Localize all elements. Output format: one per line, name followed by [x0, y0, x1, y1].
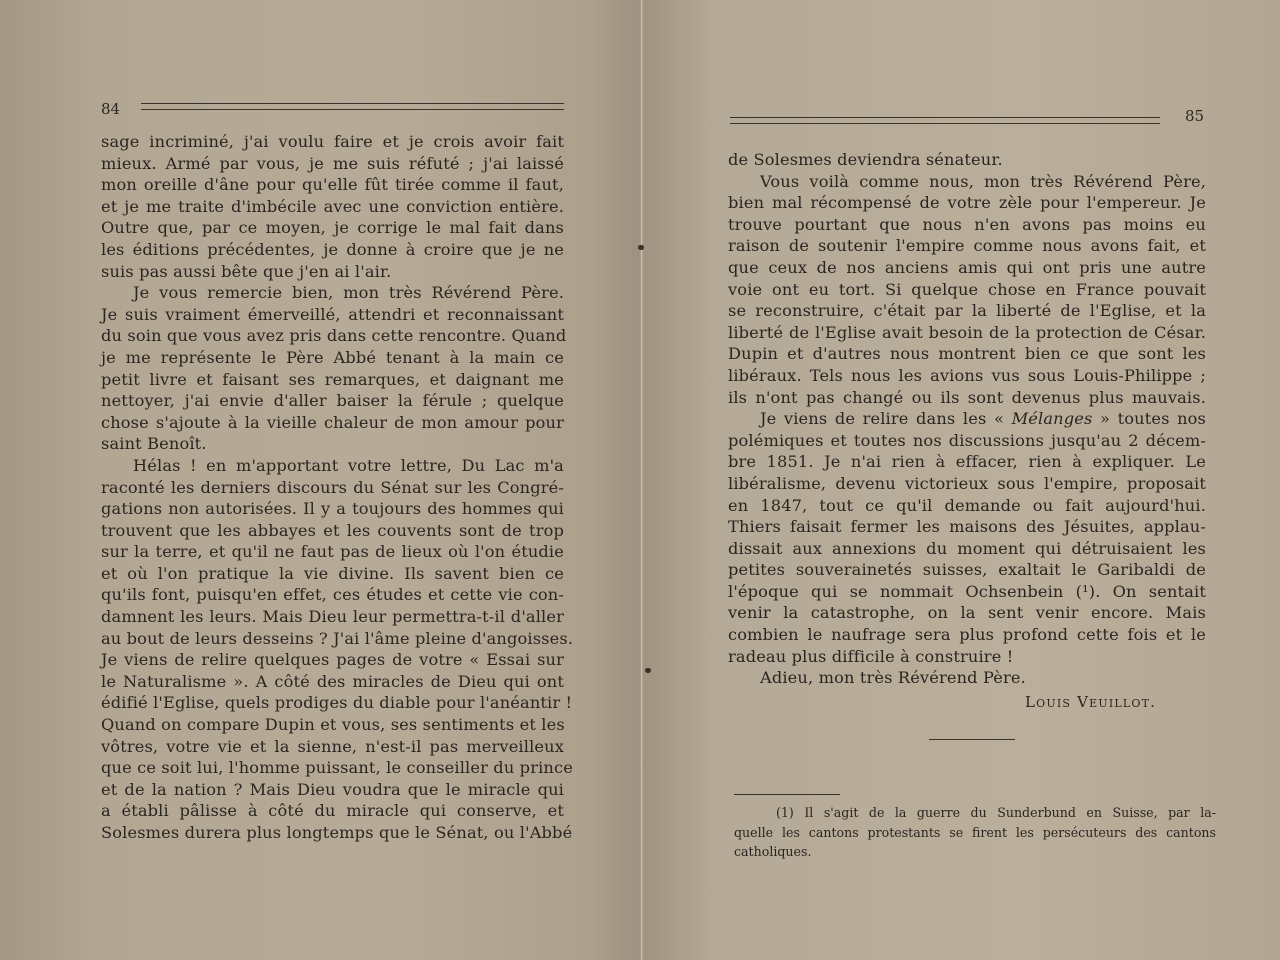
text-line: liberté de l'Eglise avait besoin de la p… — [728, 322, 1206, 344]
text-line: ils n'ont pas changé ou ils sont devenus… — [728, 387, 1206, 409]
text-line: mon oreille d'âne pour qu'elle fût tirée… — [101, 174, 564, 196]
page-number-left: 84 — [101, 100, 120, 118]
book-title-melanges: Mélanges — [1012, 409, 1093, 428]
text-line: Quand on compare Dupin et vous, ses sent… — [101, 714, 564, 736]
paragraph-start: Je vous remercie bien, mon très Révérend… — [101, 282, 564, 304]
text-line: voie ont eu tort. Si quelque chose en Fr… — [728, 279, 1206, 301]
end-separator-rule — [929, 739, 1015, 740]
text-line: et où l'on pratique la vie divine. Ils s… — [101, 563, 564, 585]
page-number-right: 85 — [1185, 107, 1204, 125]
footnote-line: catholiques. — [734, 842, 1216, 862]
paragraph-start: Hélas ! en m'apportant votre lettre, Du … — [101, 455, 564, 477]
text-line: sur la terre, et qu'il ne faut pas de li… — [101, 541, 564, 563]
text-line: Je viens de relire quelques pages de vot… — [101, 649, 564, 671]
text-line: trouvent que les abbayes et les couvents… — [101, 520, 564, 542]
header-rule-right — [730, 117, 1160, 124]
text-line: se reconstruire, c'était par la liberté … — [728, 300, 1206, 322]
text-line: damnent les leurs. Mais Dieu leur permet… — [101, 606, 564, 628]
text-line: libéralisme, devenu victorieux sous l'em… — [728, 473, 1206, 495]
text-line: gations non autorisées. Il y a toujours … — [101, 498, 564, 520]
text-line: les éditions précédentes, je donne à cro… — [101, 239, 564, 261]
text-line: bien mal récompensé de votre zèle pour l… — [728, 192, 1206, 214]
text-line: nettoyer, j'ai envie d'aller baiser la f… — [101, 390, 564, 412]
left-page-body: sage incriminé, j'ai voulu faire et je c… — [101, 131, 564, 844]
text-line: en 1847, tout ce qu'il demande ou fait a… — [728, 495, 1206, 517]
header-rule-left — [141, 103, 564, 110]
text-line: et de la nation ? Mais Dieu voudra que l… — [101, 779, 564, 801]
text-line: raconté les derniers discours du Sénat s… — [101, 477, 564, 499]
paragraph-start: Je viens de relire dans les « Mélanges »… — [728, 408, 1206, 430]
text-line: Thiers faisait fermer les maisons des Jé… — [728, 516, 1206, 538]
text-line: a établi pâlisse à côté du miracle qui c… — [101, 800, 564, 822]
text-line: au bout de leurs desseins ? J'ai l'âme p… — [101, 628, 564, 650]
text-line: petites souverainetés suisses, exaltait … — [728, 559, 1206, 581]
text-line: édifié l'Eglise, quels prodiges du diabl… — [101, 692, 564, 714]
text-line: venir la catastrophe, on la sent venir e… — [728, 602, 1206, 624]
text-line: mieux. Armé par vous, je me suis réfuté … — [101, 153, 564, 175]
right-page: 85 de Solesmes deviendra sénateur. Vous … — [642, 0, 1280, 960]
text-line: dissait aux annexions du moment qui détr… — [728, 538, 1206, 560]
signature: Louis Veuillot. — [1025, 693, 1156, 711]
text-line: du soin que vous avez pris dans cette re… — [101, 325, 564, 347]
text-line: trouve pourtant que nous n'en avons pas … — [728, 214, 1206, 236]
text-line: libéraux. Tels nous les avions vus sous … — [728, 365, 1206, 387]
text-line: vôtres, votre vie et la sienne, n'est-il… — [101, 736, 564, 758]
text-line: Solesmes durera plus longtemps que le Sé… — [101, 822, 564, 844]
text-line: combien le naufrage sera plus profond ce… — [728, 624, 1206, 646]
text-line: que ceux de nos anciens amis qui ont pri… — [728, 257, 1206, 279]
text-line: de Solesmes deviendra sénateur. — [728, 149, 1206, 171]
footnote-rule — [734, 794, 840, 795]
text-line: radeau plus difficile à construire ! — [728, 646, 1206, 668]
open-book-spread: 84 sage incriminé, j'ai voulu faire et j… — [0, 0, 1280, 960]
paragraph-start: Vous voilà comme nous, mon très Révérend… — [728, 171, 1206, 193]
text-line: raison de soutenir l'empire comme nous a… — [728, 235, 1206, 257]
text-line: sage incriminé, j'ai voulu faire et je c… — [101, 131, 564, 153]
text-line: saint Benoît. — [101, 433, 564, 455]
text-line: qu'ils font, puisqu'en effet, ces études… — [101, 584, 564, 606]
footnote: (1) Il s'agit de la guerre du Sunderbund… — [734, 803, 1216, 862]
footnote-reference-line: l'époque qui se nommait Ochsenbein (¹). … — [728, 581, 1206, 603]
closing-salutation: Adieu, mon très Révérend Père. — [728, 667, 1206, 689]
text-line: polémiques et toutes nos discussions jus… — [728, 430, 1206, 452]
text-line: Je suis vraiment émerveillé, attendri et… — [101, 304, 564, 326]
text-fragment: Je viens de relire dans les « — [760, 409, 1012, 428]
text-line: suis pas aussi bête que j'en ai l'air. — [101, 261, 564, 283]
left-page: 84 sage incriminé, j'ai voulu faire et j… — [0, 0, 642, 960]
right-page-body: de Solesmes deviendra sénateur. Vous voi… — [728, 149, 1206, 689]
text-line: bre 1851. Je n'ai rien à effacer, rien à… — [728, 451, 1206, 473]
text-line: petit livre et faisant ses remarques, et… — [101, 369, 564, 391]
footnote-line: (1) Il s'agit de la guerre du Sunderbund… — [734, 803, 1216, 823]
text-line: je me représente le Père Abbé tenant à l… — [101, 347, 564, 369]
text-line: et je me traite d'imbécile avec une conv… — [101, 196, 564, 218]
text-line: chose s'ajoute à la vieille chaleur de m… — [101, 412, 564, 434]
text-line: le Naturalisme ». A côté des miracles de… — [101, 671, 564, 693]
text-line: que ce soit lui, l'homme puissant, le co… — [101, 757, 564, 779]
text-line: Dupin et d'autres nous montrent bien ce … — [728, 343, 1206, 365]
text-line: Outre que, par ce moyen, je corrige le m… — [101, 217, 564, 239]
footnote-line: quelle les cantons protestants se firent… — [734, 823, 1216, 843]
text-fragment: » toutes nos — [1092, 409, 1206, 428]
